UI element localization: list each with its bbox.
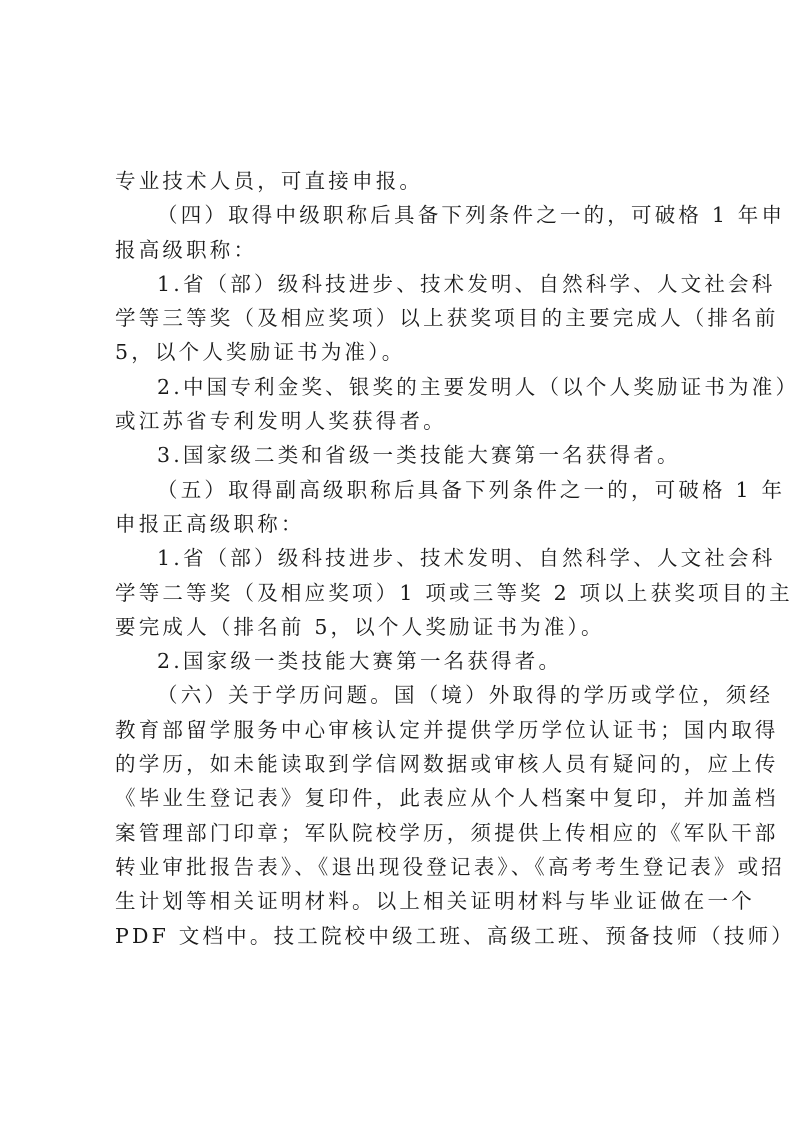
- text-line: 学等二等奖（及相应奖项）1 项或三等奖 2 项以上获奖项目的主: [115, 576, 685, 610]
- text-line: 3.国家级二类和省级一类技能大赛第一名获得者。: [115, 438, 685, 472]
- text-line: 专业技术人员，可直接申报。: [115, 164, 685, 198]
- text-line: 申报正高级职称：: [115, 507, 685, 541]
- text-line: PDF 文档中。技工院校中级工班、高级工班、预备技师（技师）: [115, 919, 685, 953]
- text-line: 生计划等相关证明材料。以上相关证明材料与毕业证做在一个: [115, 884, 685, 918]
- text-line: 报高级职称：: [115, 233, 685, 267]
- text-line: 教育部留学服务中心审核认定并提供学历学位认证书；国内取得: [115, 713, 685, 747]
- text-line: 转业审批报告表》、《退出现役登记表》、《高考考生登记表》或招: [115, 850, 685, 884]
- text-line: 案管理部门印章；军队院校学历，须提供上传相应的《军队干部: [115, 816, 685, 850]
- text-line: 要完成人（排名前 5，以个人奖励证书为准）。: [115, 610, 685, 644]
- text-line: 1.省（部）级科技进步、技术发明、自然科学、人文社会科: [115, 267, 685, 301]
- body-text: 专业技术人员，可直接申报。 （四）取得中级职称后具备下列条件之一的，可破格 1 …: [115, 164, 685, 953]
- text-line: （六）关于学历问题。国（境）外取得的学历或学位，须经: [115, 678, 685, 712]
- text-line: 或江苏省专利发明人奖获得者。: [115, 404, 685, 438]
- text-line: （四）取得中级职称后具备下列条件之一的，可破格 1 年申: [115, 198, 685, 232]
- text-line: 1.省（部）级科技进步、技术发明、自然科学、人文社会科: [115, 541, 685, 575]
- text-line: 的学历，如未能读取到学信网数据或审核人员有疑问的，应上传: [115, 747, 685, 781]
- text-line: 《毕业生登记表》复印件，此表应从个人档案中复印，并加盖档: [115, 781, 685, 815]
- text-line: 学等三等奖（及相应奖项）以上获奖项目的主要完成人（排名前: [115, 301, 685, 335]
- text-line: 2.国家级一类技能大赛第一名获得者。: [115, 644, 685, 678]
- document-page: 专业技术人员，可直接申报。 （四）取得中级职称后具备下列条件之一的，可破格 1 …: [0, 0, 800, 1126]
- text-line: 2.中国专利金奖、银奖的主要发明人（以个人奖励证书为准）: [115, 370, 685, 404]
- text-line: 5，以个人奖励证书为准）。: [115, 335, 685, 369]
- text-line: （五）取得副高级职称后具备下列条件之一的，可破格 1 年: [115, 473, 685, 507]
